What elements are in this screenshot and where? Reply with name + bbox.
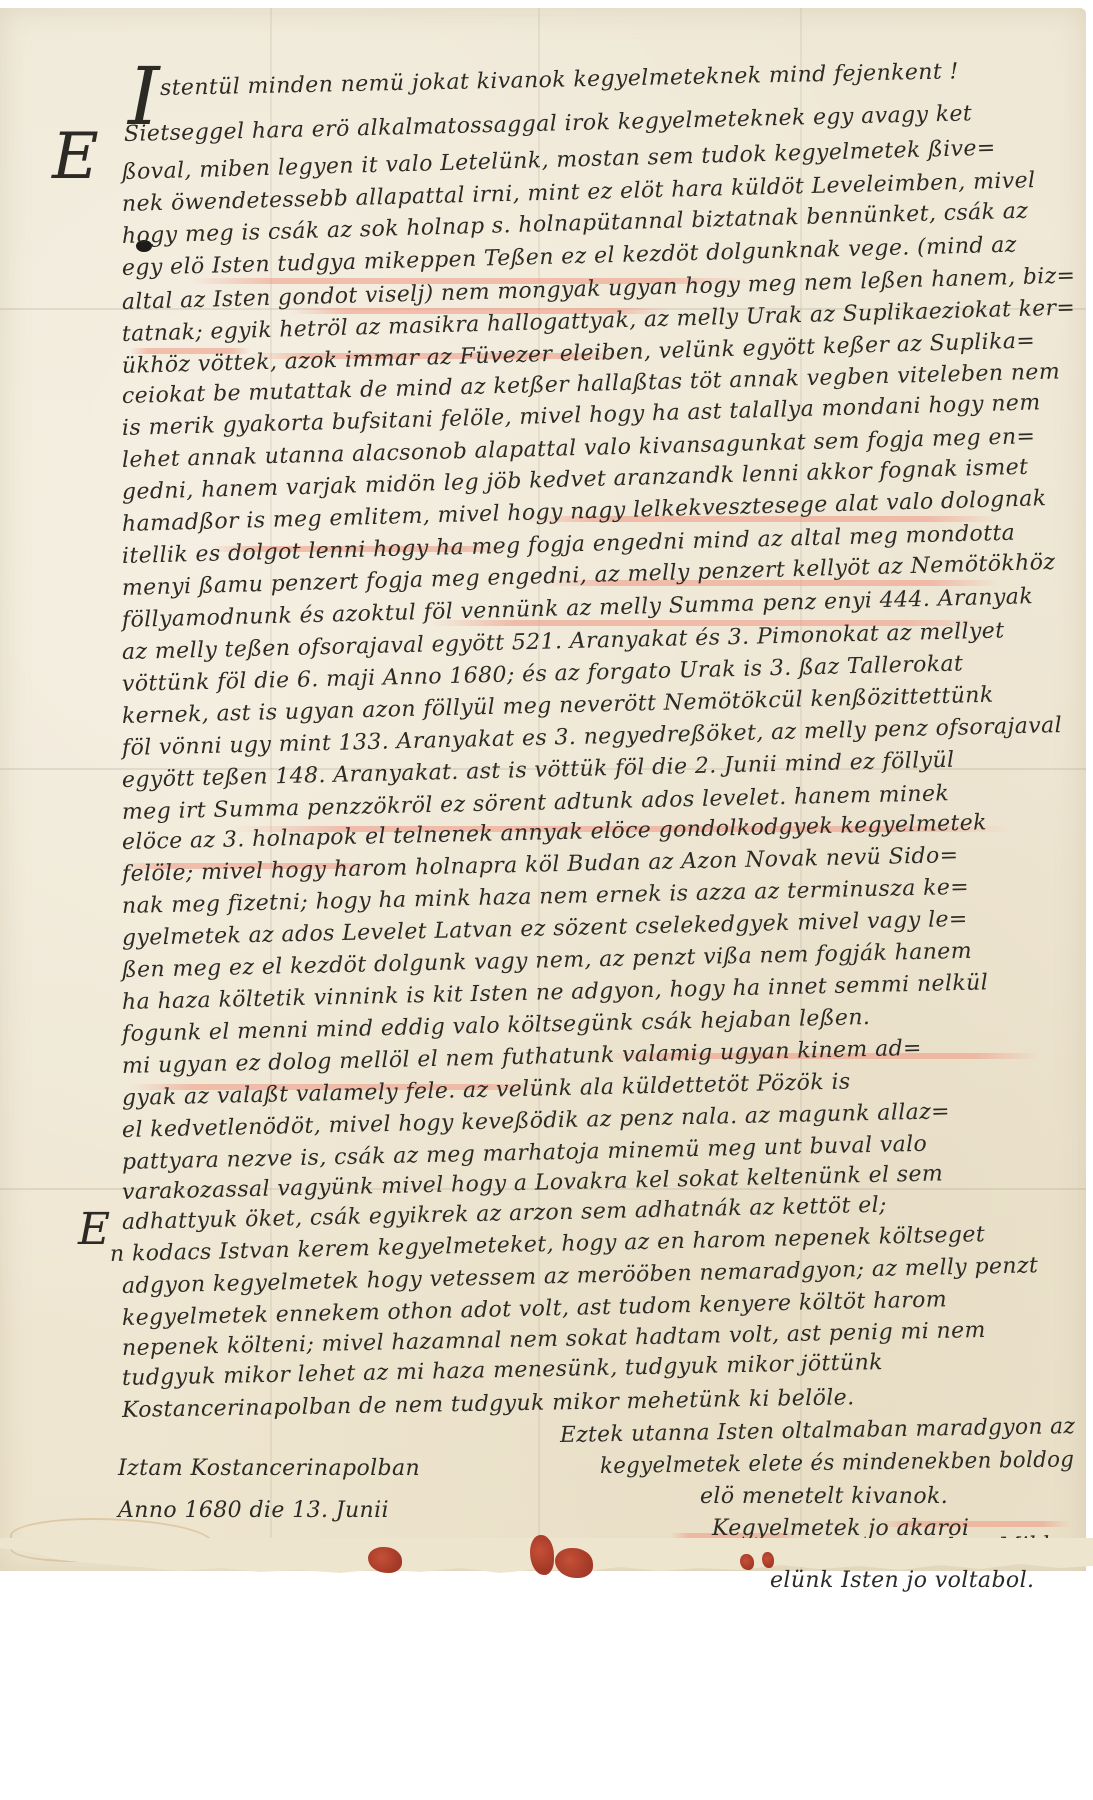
wax-seal-remnant: [762, 1552, 774, 1568]
closing-initial: E: [78, 1204, 110, 1255]
closing-line: Eztek utanna Isten oltalmaban maradgyon …: [560, 1414, 1076, 1448]
letter-line: stentül minden nemü jokat kivanok kegyel…: [160, 59, 959, 101]
wax-seal-remnant: [740, 1554, 754, 1570]
letter-page: I E stentül minden nemü jokat kivanok ke…: [0, 8, 1086, 1571]
wax-seal-remnant: [530, 1535, 554, 1575]
second-initial: E: [52, 120, 99, 194]
place-line: Iztam Kostancerinapolban: [118, 1456, 420, 1481]
letter-line: Kostancerinapolban de nem tudgyuk mikor …: [122, 1385, 855, 1423]
date-line: Anno 1680 die 13. Junii: [118, 1498, 389, 1523]
closing-line: elö menetelt kivanok.: [700, 1484, 948, 1509]
closing-line: kegyelmetek elete és mindenekben boldog: [600, 1447, 1075, 1479]
